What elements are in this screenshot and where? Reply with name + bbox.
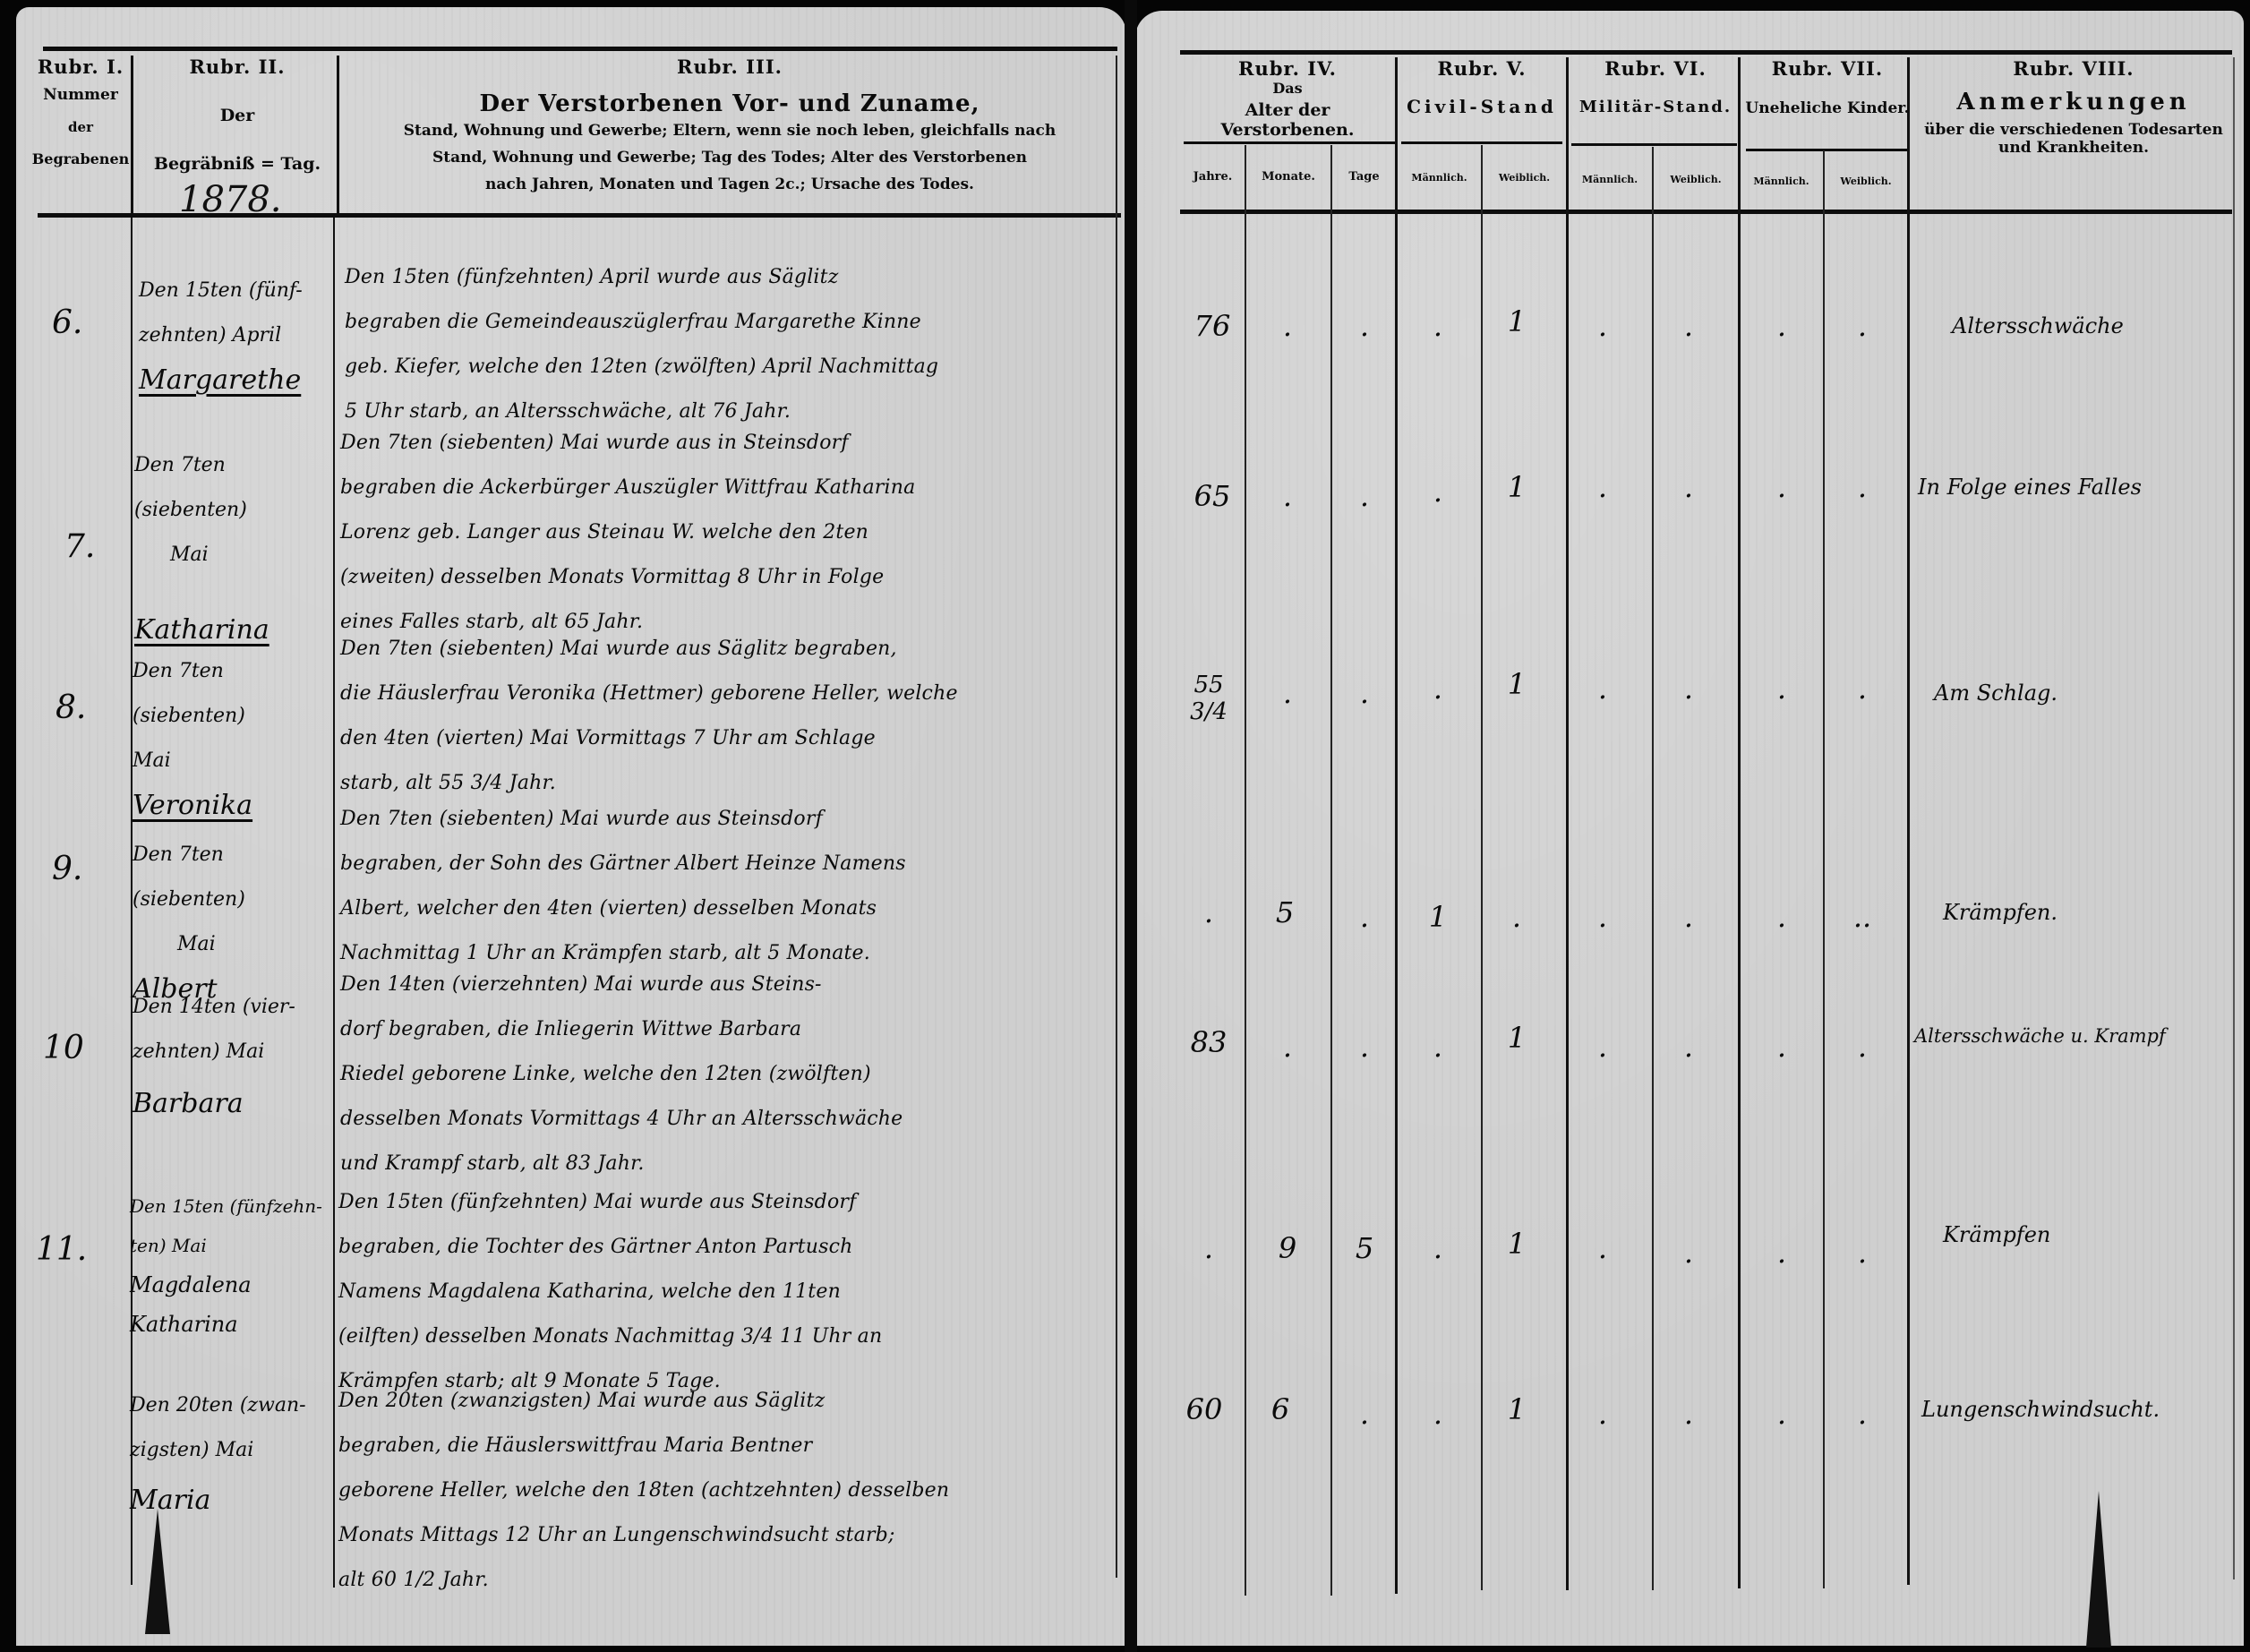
entry-number: 7. bbox=[64, 528, 95, 565]
burial-date: Den 20ten (zwan- zigsten) Mai Maria bbox=[130, 1383, 327, 1523]
header-top-rule bbox=[1180, 50, 2232, 55]
sub-rule bbox=[1746, 149, 1907, 151]
entry-number: 8. bbox=[56, 689, 86, 726]
col-divider bbox=[333, 218, 335, 1588]
burial-date: Den 7ten (siebenten) Mai Katharina bbox=[134, 443, 331, 653]
col-divider bbox=[1652, 147, 1654, 1590]
col-divider bbox=[1395, 57, 1398, 1594]
page-marker-left bbox=[145, 1509, 170, 1634]
col-divider bbox=[1823, 150, 1825, 1588]
burial-date: Den 7ten (siebenten) Mai Veronika bbox=[133, 649, 329, 828]
col-header-jahre: Jahre. bbox=[1180, 170, 1245, 184]
remark-cell: Altersschwäche bbox=[1952, 313, 2250, 338]
rubr1-header: Rubr. I. Nummer der Begrabenen bbox=[27, 56, 134, 176]
entry-number: 6. bbox=[52, 304, 82, 341]
entry-text: Den 20ten (zwanzigsten) Mai wurde aus Sä… bbox=[338, 1379, 1108, 1603]
col-header-monate: Monate. bbox=[1245, 170, 1331, 184]
register-year: 1878. bbox=[179, 179, 282, 220]
burial-date: Den 14ten (vier- zehnten) Mai Barbara bbox=[133, 985, 329, 1126]
entry-text: Den 15ten (fünfzehnten) Mai wurde aus St… bbox=[338, 1180, 1108, 1404]
page-marker-right bbox=[2086, 1491, 2111, 1648]
remark-cell: Krämpfen bbox=[1943, 1222, 2247, 1247]
rubr3-header: Rubr. III. Der Verstorbenen Vor- und Zun… bbox=[340, 56, 1119, 198]
sub-rule bbox=[1571, 143, 1737, 146]
entry-number: 9. bbox=[52, 851, 82, 887]
entry-text: Den 15ten (fünfzehnten) April wurde aus … bbox=[345, 255, 1115, 434]
col-header-civil-w: Weiblich. bbox=[1482, 172, 1567, 184]
col-header-tage: Tage bbox=[1331, 170, 1397, 184]
burial-date: Den 15ten (fünfzehn- ten) Mai Magdalena … bbox=[130, 1186, 327, 1344]
sub-rule bbox=[1401, 141, 1562, 144]
col-divider bbox=[1907, 57, 1910, 1585]
page-edge-line bbox=[1116, 56, 1117, 1578]
header-bottom-rule bbox=[1180, 210, 2232, 214]
entry-text: Den 7ten (siebenten) Mai wurde aus Stein… bbox=[340, 797, 1110, 976]
remark-cell: Lungenschwindsucht. bbox=[1921, 1397, 2226, 1422]
col-divider bbox=[337, 56, 339, 213]
rubr6-header: Rubr. VI. Militär-Stand. bbox=[1569, 57, 1742, 116]
col-divider bbox=[1330, 145, 1332, 1596]
sub-rule bbox=[1184, 141, 1395, 144]
col-divider bbox=[1481, 145, 1483, 1590]
header-top-rule bbox=[43, 47, 1117, 51]
col-header-unehel-m: Männlich. bbox=[1739, 175, 1824, 187]
entry-text: Den 14ten (vierzehnten) Mai wurde aus St… bbox=[340, 963, 1110, 1186]
rubr5-header: Rubr. V. Civil-Stand bbox=[1399, 57, 1565, 117]
burial-date: Den 15ten (fünf- zehnten) April Margaret… bbox=[139, 269, 336, 403]
rubr4-header: Rubr. IV. Das Alter der Verstorbenen. bbox=[1180, 57, 1395, 140]
col-divider bbox=[1738, 57, 1741, 1588]
remark-cell: Am Schlag. bbox=[1934, 680, 2238, 706]
rubr2-header: Rubr. II. Der Begräbniß = Tag. bbox=[136, 56, 338, 182]
entry-text: Den 7ten (siebenten) Mai wurde aus in St… bbox=[340, 421, 1110, 645]
col-divider bbox=[131, 56, 133, 213]
book-gutter bbox=[1125, 0, 1137, 1652]
rubr8-header: Rubr. VIII. Anmerkungen über die verschi… bbox=[1912, 57, 2235, 157]
entry-number: 10 bbox=[43, 1030, 84, 1066]
col-header-unehel-w: Weiblich. bbox=[1824, 175, 1908, 187]
remark-cell: Altersschwäche u. Krampf bbox=[1914, 1025, 2219, 1047]
col-header-mil-w: Weiblich. bbox=[1653, 174, 1739, 185]
remark-cell: Krämpfen. bbox=[1943, 900, 2247, 925]
page-edge-line bbox=[2233, 57, 2235, 1579]
rubr7-header: Rubr. VII. Uneheliche Kinder. bbox=[1742, 57, 1912, 117]
remark-cell: In Folge eines Falles bbox=[1918, 475, 2222, 500]
col-divider bbox=[1245, 145, 1246, 1596]
entry-number: 11. bbox=[36, 1231, 87, 1268]
col-divider bbox=[1566, 57, 1569, 1590]
col-header-civil-m: Männlich. bbox=[1397, 172, 1482, 184]
col-header-mil-m: Männlich. bbox=[1567, 174, 1653, 185]
entry-text: Den 7ten (siebenten) Mai wurde aus Sägli… bbox=[340, 627, 1110, 806]
